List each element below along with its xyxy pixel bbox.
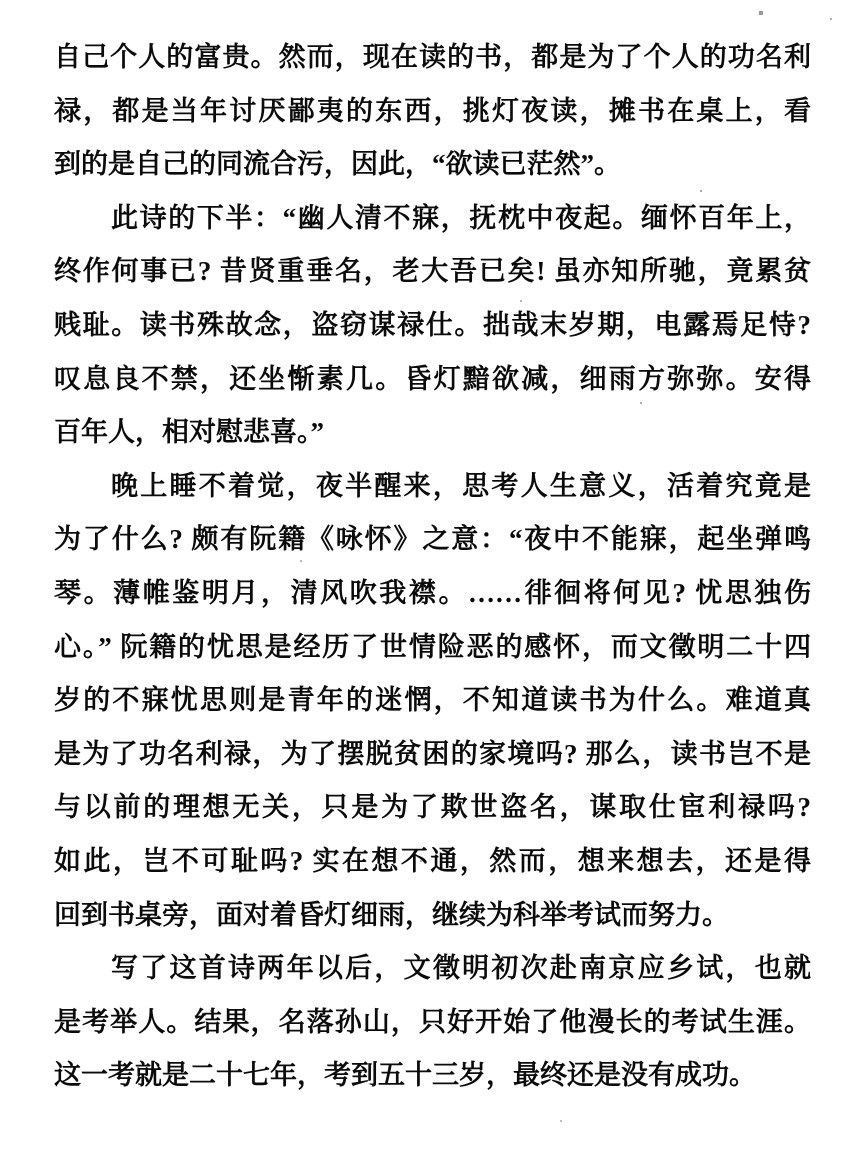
- text-line: 贱耻。读书殊故念，盗窃谋禄仕。拙哉末岁期，电露焉足恃?: [54, 299, 811, 353]
- text-line: 回到书桌旁，面对着昏灯细雨，继续为科举考试而努力。: [54, 889, 811, 943]
- text-line: 终作何事已? 昔贤重垂名，老大吾已矣! 虽亦知所驰，竟累贫: [54, 245, 811, 299]
- text-line: 禄，都是当年讨厌鄙夷的东西，挑灯夜读，摊书在桌上，看: [54, 85, 811, 139]
- book-page-scan: 自己个人的富贵。然而，现在读的书，都是为了个人的功名利 禄，都是当年讨厌鄙夷的东…: [0, 0, 861, 1158]
- text-line: 这一考就是二十七年，考到五十三岁，最终还是没有成功。: [54, 1049, 811, 1103]
- text-line: 到的是自己的同流合污，因此，“欲读已茫然”。: [54, 138, 811, 192]
- text-line: 为了什么? 颇有阮籍《咏怀》之意：“夜中不能寐，起坐弹鸣: [54, 513, 811, 567]
- text-line: 心。” 阮籍的忧思是经历了世情险恶的感怀，而文徵明二十四: [54, 621, 811, 675]
- text-line: 叹息良不禁，还坐惭素几。昏灯黯欲减，细雨方弥弥。安得: [54, 353, 811, 407]
- text-line: 岁的不寐忧思则是青年的迷惘，不知道读书为什么。难道真: [54, 674, 811, 728]
- text-line: 自己个人的富贵。然而，现在读的书，都是为了个人的功名利: [54, 31, 811, 85]
- text-line: 是为了功名利禄，为了摆脱贫困的家境吗? 那么，读书岂不是: [54, 728, 811, 782]
- page-text: 自己个人的富贵。然而，现在读的书，都是为了个人的功名利 禄，都是当年讨厌鄙夷的东…: [54, 31, 811, 1103]
- scan-noise-specks: [0, 0, 2, 2]
- text-line: 晚上睡不着觉，夜半醒来，思考人生意义，活着究竟是: [54, 460, 811, 514]
- text-line: 与以前的理想无关，只是为了欺世盗名，谋取仕宦利禄吗?: [54, 781, 811, 835]
- text-line: 如此，岂不可耻吗? 实在想不通，然而，想来想去，还是得: [54, 835, 811, 889]
- text-line: 琴。薄帷鉴明月，清风吹我襟。……徘徊将何见? 忧思独伤: [54, 567, 811, 621]
- text-line: 百年人，相对慰悲喜。”: [54, 406, 811, 460]
- text-line: 写了这首诗两年以后，文徵明初次赴南京应乡试，也就: [54, 942, 811, 996]
- text-line: 是考举人。结果，名落孙山，只好开始了他漫长的考试生涯。: [54, 996, 811, 1050]
- text-line: 此诗的下半：“幽人清不寐，抚枕中夜起。缅怀百年上，: [54, 192, 811, 246]
